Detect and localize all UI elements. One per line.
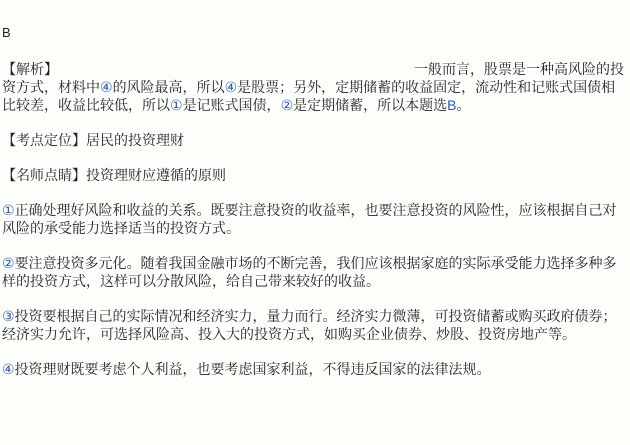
analysis-text: 一般而言，股票是一种高风险的投资方式，材料中④的风险最高，所以④是股票；另外，定… <box>2 61 624 113</box>
highlight-token: ① <box>2 202 15 218</box>
analysis-paragraph: 【解析】一般而言，股票是一种高风险的投资方式，材料中④的风险最高，所以④是股票；… <box>2 60 629 114</box>
principle-3: ③投资要根据自己的实际情况和经济实力，量力而行。经济实力微薄，可投资储蓄或购买政… <box>2 307 629 343</box>
exam-point-text: 居民的投资理财 <box>86 132 184 148</box>
principle-2: ②要注意投资多元化。随着我国金融市场的不断完善，我们应该根据家庭的实际承受能力选… <box>2 254 629 290</box>
highlight-token: ④ <box>2 361 15 377</box>
principle-1: ①正确处理好风险和收益的关系。既要注意投资的收益率，也要注意投资的风险性，应该根… <box>2 201 629 237</box>
highlight-token: ④ <box>225 79 238 95</box>
teacher-tips-paragraph: 【名师点睛】投资理财应遵循的原则 <box>2 166 629 184</box>
highlight-token: ④ <box>100 79 113 95</box>
highlight-token: ② <box>281 97 294 113</box>
exam-point-label: 【考点定位】 <box>2 132 86 148</box>
highlight-token: B <box>447 97 456 113</box>
highlight-token: ① <box>170 97 183 113</box>
analysis-gap <box>58 73 414 74</box>
exam-point-paragraph: 【考点定位】居民的投资理财 <box>2 131 629 149</box>
principle-4: ④投资理财既要考虑个人利益，也要考虑国家利益，不得违反国家的法律法规。 <box>2 360 629 378</box>
answer-letter: B <box>2 24 629 42</box>
analysis-label: 【解析】 <box>2 61 58 77</box>
answer-explanation-document: B 【解析】一般而言，股票是一种高风险的投资方式，材料中④的风险最高，所以④是股… <box>0 0 630 445</box>
highlight-token: ③ <box>2 308 15 324</box>
teacher-tips-label: 【名师点睛】 <box>2 167 86 183</box>
teacher-tips-text: 投资理财应遵循的原则 <box>86 167 226 183</box>
highlight-token: ② <box>2 255 15 271</box>
